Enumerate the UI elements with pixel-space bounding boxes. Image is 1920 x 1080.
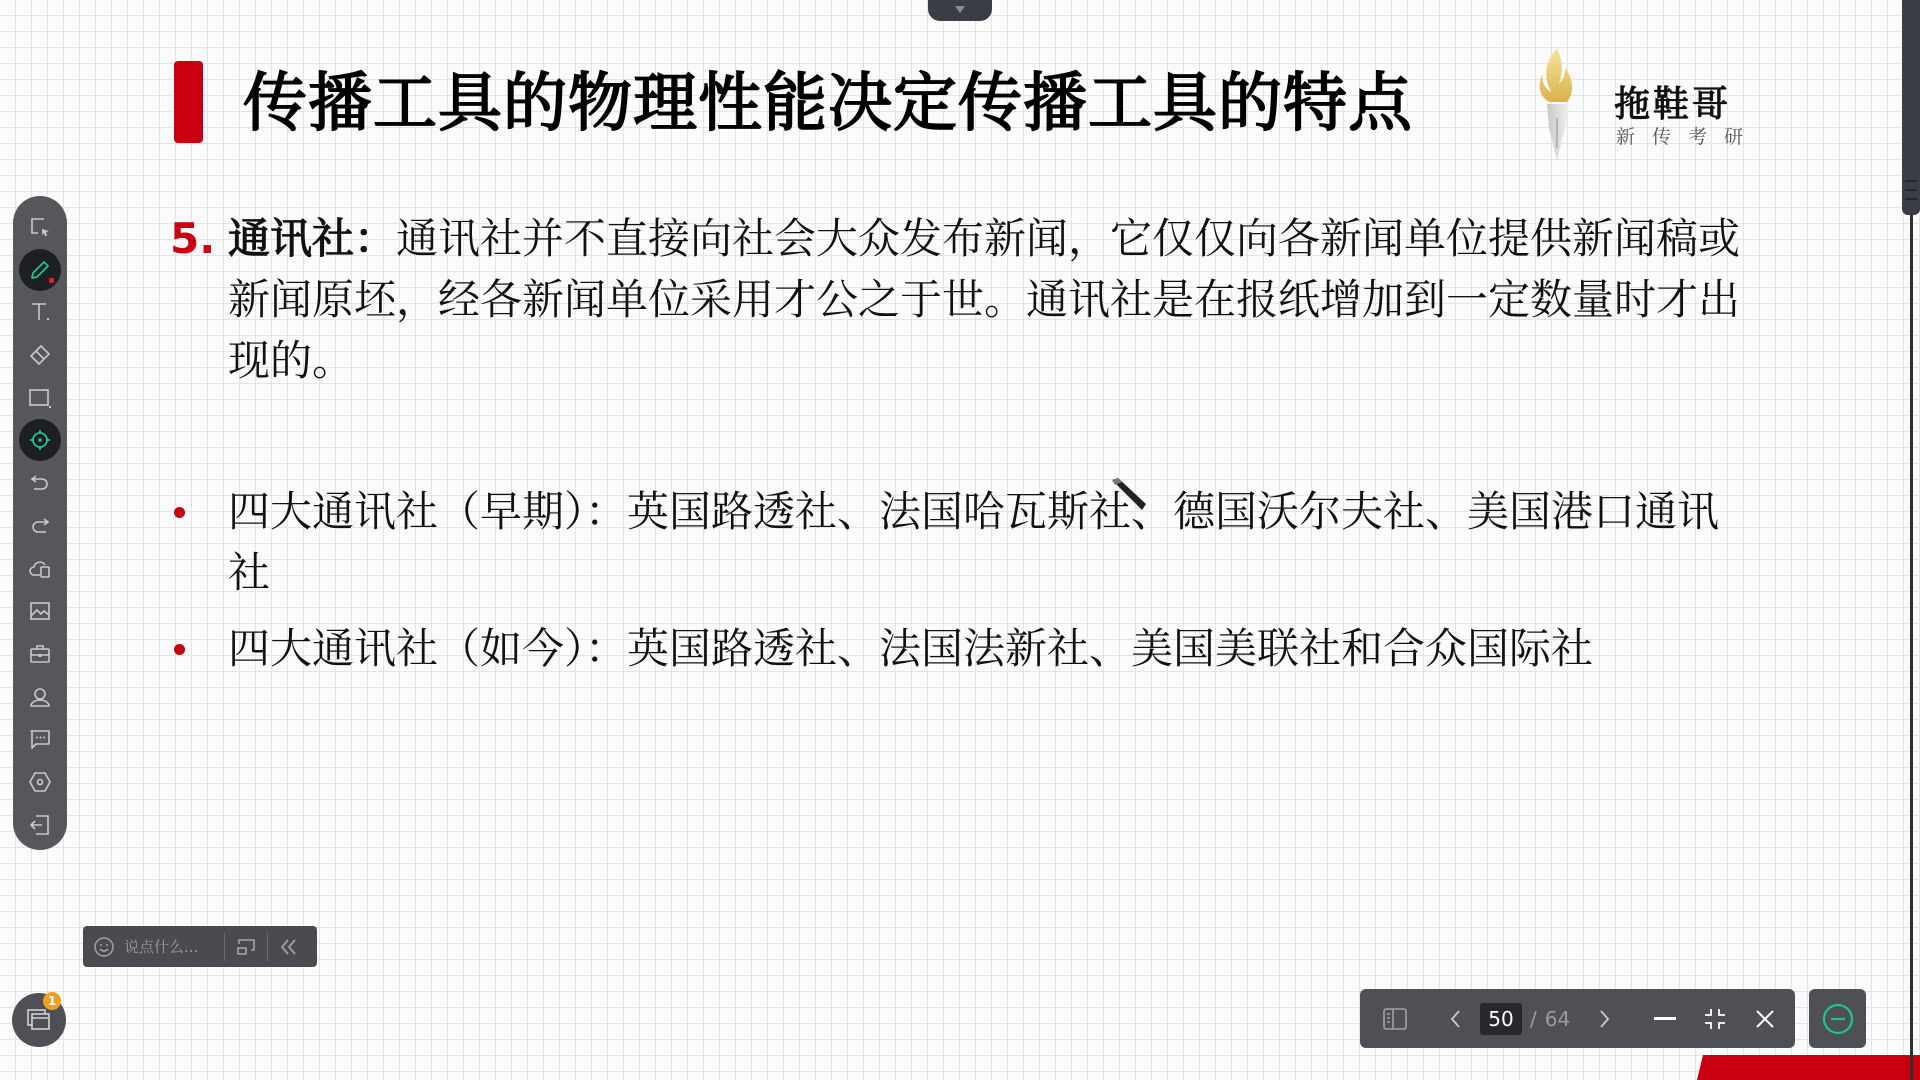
text-icon	[28, 300, 52, 324]
tool-select[interactable]	[19, 206, 61, 248]
top-pull-tab[interactable]	[928, 0, 992, 21]
exit-icon	[28, 813, 52, 837]
user-icon	[28, 685, 52, 709]
item-text: 通讯社并不直接向社会大众发布新闻，它仅仅向各新闻单位提供新闻稿或新闻原坯，经各新…	[228, 214, 1740, 385]
comment-icon	[28, 727, 52, 751]
end-session-icon	[1821, 1002, 1855, 1036]
notification-badge: 1	[43, 992, 61, 1010]
title-accent-bar	[174, 61, 203, 143]
minimize-button[interactable]	[1640, 989, 1690, 1048]
chat-input[interactable]: 说点什么...	[124, 936, 224, 957]
bullet-item: 四大通讯社（如今）：英国路透社、法国法新社、美国美联社和合众国际社	[168, 618, 1758, 679]
undo-icon	[28, 471, 52, 495]
slide-title: 传播工具的物理性能决定传播工具的特点	[243, 64, 1413, 144]
tool-eraser[interactable]	[19, 334, 61, 376]
windows-icon	[26, 1008, 52, 1032]
laser-pointer-icon	[28, 428, 52, 452]
exit-fullscreen-button[interactable]	[1690, 989, 1740, 1048]
chat-collapse-button[interactable]	[268, 926, 310, 967]
next-page-button[interactable]	[1570, 989, 1640, 1048]
bullet-text: 四大通讯社（早期）：英国路透社、法国哈瓦斯社、德国沃尔夫社、美国港口通讯社	[228, 487, 1719, 597]
settings-icon	[28, 770, 52, 794]
chat-popout-button[interactable]	[225, 926, 267, 967]
tool-cloud-doc[interactable]	[19, 548, 61, 590]
numbered-item: 5.通讯社：通讯社并不直接向社会大众发布新闻，它仅仅向各新闻单位提供新闻稿或新闻…	[168, 208, 1758, 391]
logo-subtitle: 新传考研	[1616, 122, 1760, 149]
chat-bar: 说点什么...	[83, 926, 317, 967]
presentation-controls: 50 / 64	[1360, 989, 1795, 1048]
prev-icon	[1449, 1009, 1461, 1029]
select-icon	[28, 215, 52, 239]
scrollbar-thumb[interactable]	[1902, 0, 1920, 215]
tool-image[interactable]	[19, 590, 61, 632]
red-decorative-strip	[1697, 1055, 1920, 1080]
emoji-icon[interactable]	[93, 936, 115, 958]
end-session-button[interactable]	[1809, 989, 1866, 1048]
tool-text[interactable]	[19, 291, 61, 333]
slide-content: 5.通讯社：通讯社并不直接向社会大众发布新闻，它仅仅向各新闻单位提供新闻稿或新闻…	[168, 208, 1758, 694]
grip-line	[1905, 180, 1917, 182]
tool-undo[interactable]	[19, 462, 61, 504]
bullet-dot	[174, 644, 185, 655]
tool-redo[interactable]	[19, 505, 61, 547]
sidebar-icon	[1383, 1008, 1407, 1030]
toolbox-icon	[28, 642, 52, 666]
tool-exit[interactable]	[19, 804, 61, 846]
tool-shape[interactable]	[19, 377, 61, 419]
item-heading: 通讯社：	[228, 214, 396, 263]
annotation-toolbar	[13, 196, 67, 850]
toggle-sidebar-button[interactable]	[1360, 989, 1430, 1048]
tool-user[interactable]	[19, 676, 61, 718]
pen-color-indicator	[49, 278, 54, 283]
windows-button[interactable]: 1	[12, 993, 66, 1047]
bullet-list: 四大通讯社（早期）：英国路透社、法国哈瓦斯社、德国沃尔夫社、美国港口通讯社 四大…	[168, 481, 1758, 679]
cloud-doc-icon	[28, 557, 52, 581]
tool-comment[interactable]	[19, 718, 61, 760]
prev-page-button[interactable]	[1430, 989, 1480, 1048]
grip-line	[1905, 198, 1917, 200]
exit-fullscreen-icon	[1704, 1008, 1726, 1030]
close-icon	[1755, 1009, 1775, 1029]
total-pages: 64	[1545, 1007, 1570, 1031]
tool-toolbox[interactable]	[19, 633, 61, 675]
bullet-dot	[174, 507, 185, 518]
redo-icon	[28, 514, 52, 538]
minimize-icon	[1654, 1017, 1676, 1021]
bullet-item: 四大通讯社（早期）：英国路透社、法国哈瓦斯社、德国沃尔夫社、美国港口通讯社	[168, 481, 1758, 603]
pen-cursor-icon	[1110, 478, 1148, 512]
logo-brand-text: 拖鞋哥	[1614, 76, 1731, 127]
double-chevron-left-icon	[279, 938, 299, 956]
pen-flame-logo-icon	[1535, 48, 1579, 160]
grip-line	[1905, 189, 1917, 191]
caret-down-icon	[955, 6, 965, 13]
rectangle-icon	[28, 386, 52, 410]
popout-icon	[235, 938, 257, 956]
item-number: 5.	[170, 208, 215, 269]
tool-laser-pointer[interactable]	[19, 419, 61, 461]
logo: 拖鞋哥 新传考研	[1530, 48, 1750, 163]
page-number-input[interactable]: 50	[1480, 1003, 1522, 1035]
bullet-text: 四大通讯社（如今）：英国路透社、法国法新社、美国美联社和合众国际社	[228, 624, 1593, 673]
tool-settings[interactable]	[19, 761, 61, 803]
close-presentation-button[interactable]	[1740, 989, 1790, 1048]
image-icon	[28, 599, 52, 623]
page-separator: /	[1530, 1007, 1537, 1031]
eraser-icon	[28, 343, 52, 367]
next-icon	[1599, 1009, 1611, 1029]
tool-pen[interactable]	[19, 249, 61, 291]
